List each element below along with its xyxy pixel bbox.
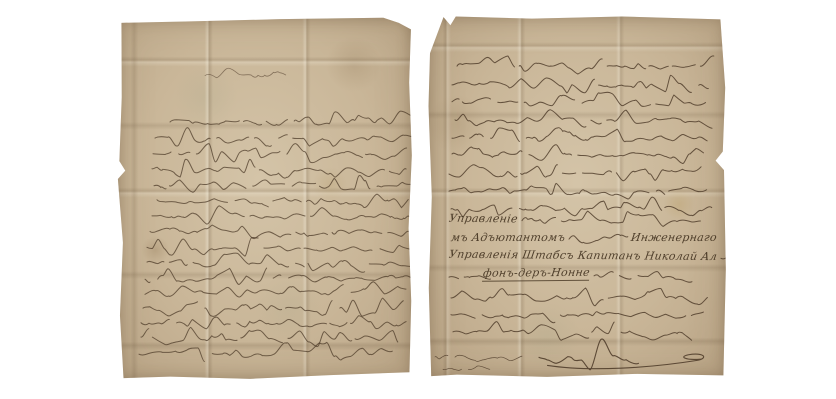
handwriting-stroke [154,178,405,192]
signature-flourish [539,341,709,374]
handwritten-line [150,223,405,237]
date-annotation-line [443,365,489,372]
handwriting-stroke [449,269,479,282]
handwritten-line [152,161,405,177]
handwriting-stroke [139,344,383,359]
handwritten-line [170,112,407,127]
handwriting-stroke [451,199,703,214]
letter-photo: Управленіемъ АдъютантомъИнженернагоУправ… [0,0,836,399]
handwritten-line [143,300,401,313]
handwriting-stroke [522,212,694,227]
handwritten-line [145,284,401,300]
handwritten-line [147,254,403,269]
handwriting-stroke [452,94,700,110]
handwriting-stroke [435,353,513,361]
letter-page-left [117,17,413,381]
cyrillic-fragment-surname_underlined: фонъ-деръ-Нонне [482,266,591,282]
handwriting-stroke [452,130,707,143]
date-annotation-line [435,353,513,361]
handwriting-stroke [539,341,709,374]
cyrillic-fragment-adjutant: мъ Адъютантомъ [450,231,566,244]
handwritten-line [139,344,383,359]
handwritten-line [452,130,707,143]
handwritten-line [141,315,401,329]
handwriting-stroke [141,315,401,329]
handwritten-line [457,58,707,71]
handwriting-stroke [455,112,707,125]
handwritten-line [452,146,702,161]
handwriting-stroke [594,267,686,281]
handwriting-stroke [152,161,405,177]
handwritten-line [153,146,405,160]
handwritten-line-mixed: Управленія Штабсъ Капитанъ Николай Ал [449,248,737,264]
handwriting-stroke [147,239,404,254]
handwritten-line [141,329,395,344]
handwritten-line [449,164,694,179]
handwritten-line [453,324,691,337]
handwriting-stroke [451,307,701,321]
handwritten-line [154,178,405,192]
letter-page-right: Управленіемъ АдъютантомъИнженернагоУправ… [427,15,727,379]
handwritten-line [452,77,707,90]
cyrillic-fragment-office: Управленіе [448,212,519,226]
handwriting-stroke [457,58,707,71]
handwriting-stroke [569,231,627,244]
handwriting-stroke [451,290,699,303]
handwriting-stroke [170,112,407,127]
handwriting-stroke [443,365,489,372]
handwriting-stroke [147,254,403,269]
handwriting-stroke [452,146,702,161]
heading-line [205,69,285,80]
handwriting-stroke [449,164,694,179]
handwritten-line [455,112,707,125]
handwritten-line [451,307,701,321]
handwritten-line [451,290,699,303]
handwriting-stroke [205,69,285,80]
handwriting-stroke [141,329,395,344]
handwritten-line [152,208,405,221]
handwritten-line-mixed: Управленіе [449,212,694,228]
handwriting-stroke [155,130,405,143]
handwriting-stroke [452,77,707,90]
handwritten-line [145,269,403,284]
handwritten-line [155,130,405,143]
handwritten-line [147,239,404,254]
handwriting-stroke [453,324,691,337]
handwritten-line [449,183,704,196]
handwritten-line-mixed: фонъ-деръ-Нонне [449,265,686,282]
handwritten-line [451,199,703,214]
cyrillic-fragment-engineering: Инженернаго [630,231,718,244]
handwriting-stroke [145,284,401,300]
handwritten-line-mixed: мъ АдъютантомъИнженернаго [451,231,717,244]
handwritten-line [157,192,405,208]
handwritten-line [452,94,700,110]
handwriting-stroke [449,183,704,196]
handwriting-stroke [152,208,405,221]
cyrillic-fragment-rank_line: Управленія Штабсъ Капитанъ Николай Ал [448,248,718,263]
handwriting-stroke [143,300,401,313]
handwriting-stroke [721,250,737,263]
handwriting-stroke [157,192,405,208]
handwriting-stroke [153,146,405,160]
handwriting-stroke [145,269,403,284]
handwriting-stroke [150,223,405,237]
